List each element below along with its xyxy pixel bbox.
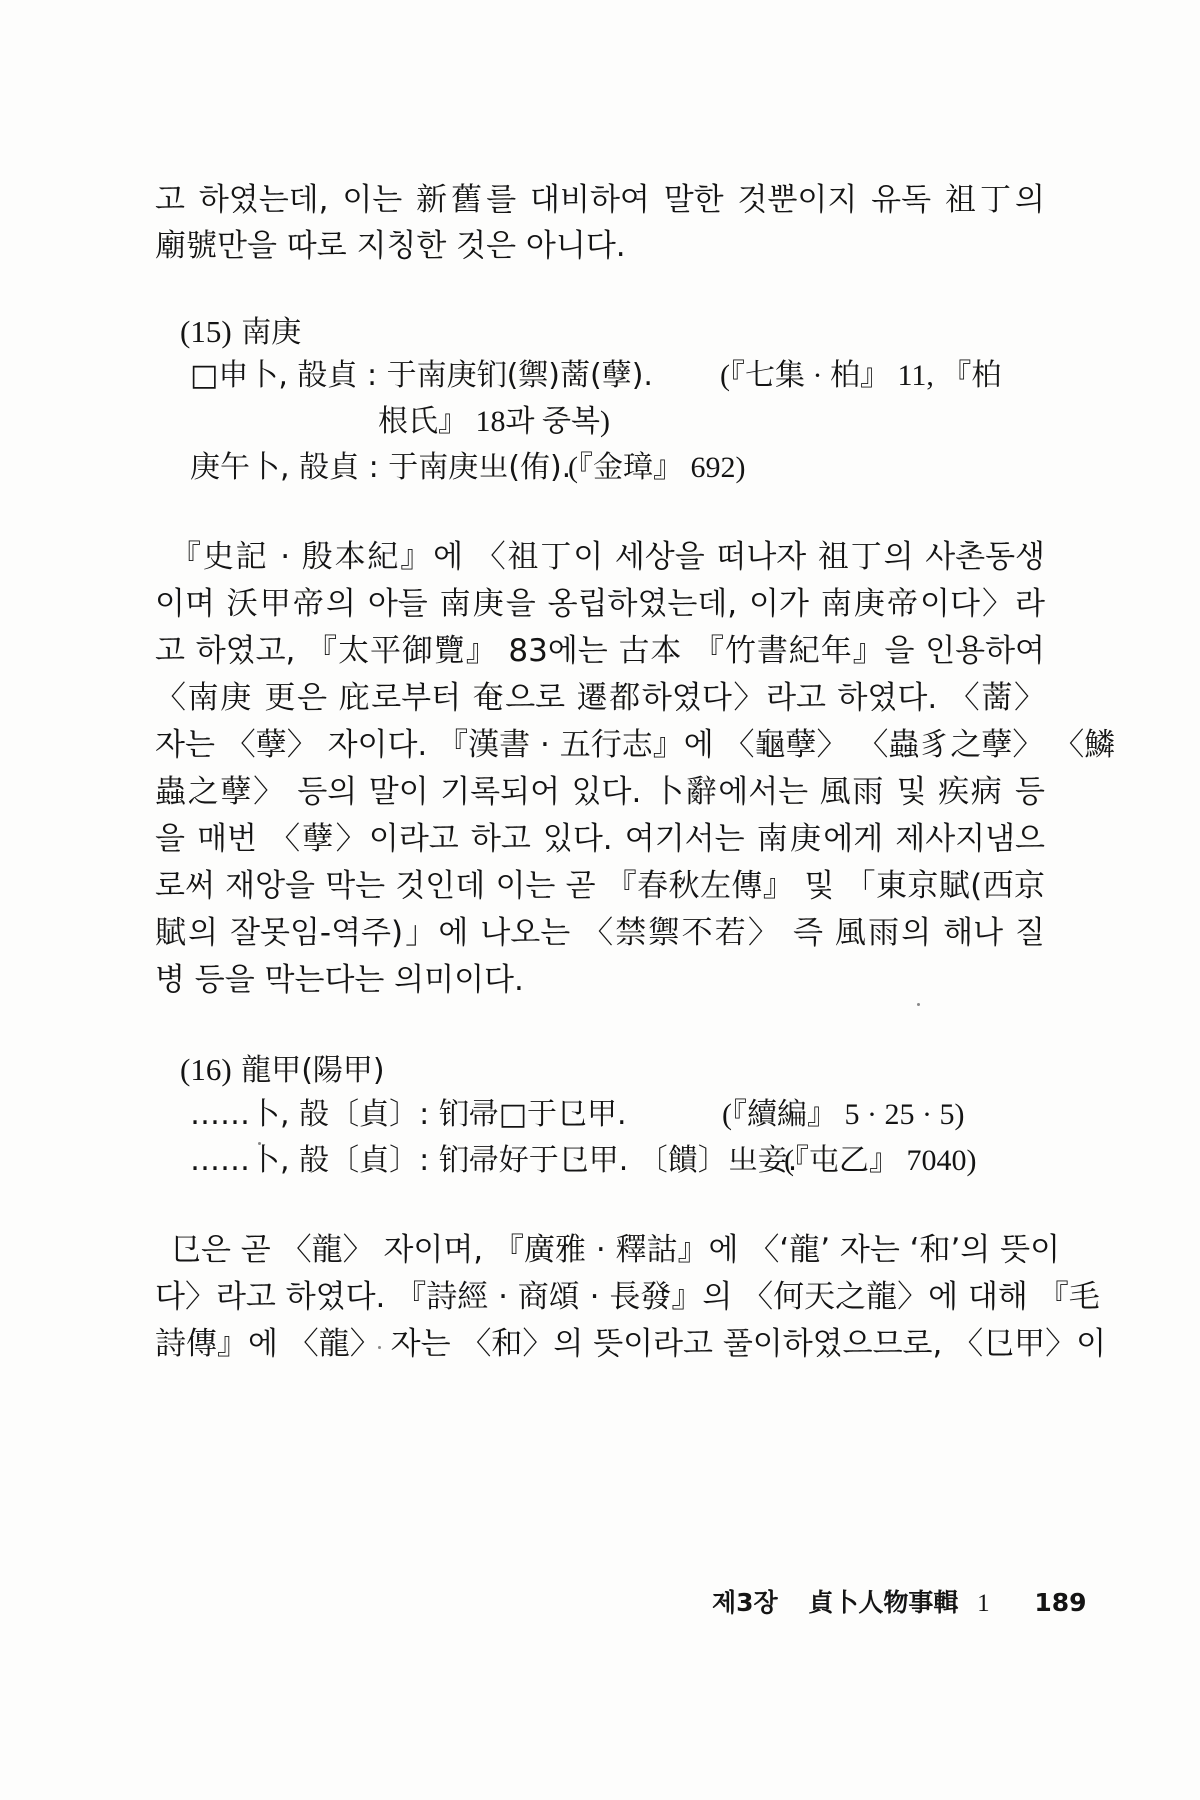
page-number: 189: [1034, 1588, 1086, 1617]
commentary-16-line-2: 다〉라고 하였다. 『詩經 · 商頌 · 長發』의 〈何天之龍〉에 대해 『毛: [155, 1275, 1045, 1319]
inscription-16-2: ……卜, 㱿〔貞〕: 钔帚好于㔾甲. 〔饋〕㞢妾.: [190, 1139, 797, 1183]
running-footer: 제3장 貞卜人物事輯 1 189: [712, 1583, 1087, 1619]
inscription-text: ……卜, 㱿〔貞〕: 钔帚□于㔾甲.: [190, 1097, 627, 1132]
scan-speck: [917, 1003, 920, 1006]
section-16-number: (16): [180, 1052, 232, 1087]
commentary-15-line-4: 〈南庚 更은 庇로부터 奄으로 遷都하였다〉라고 하였다. 〈蔐〉: [155, 676, 1045, 720]
section-16-heading: (16) 龍甲(陽甲): [180, 1048, 385, 1093]
intro-line-1: 고 하였는데, 이는 新舊를 대비하여 말한 것뿐이지 유독 祖丁의: [155, 178, 1045, 222]
commentary-15-line-3: 고 하였고, 『太平御覽』 83에는 古本 『竹書紀年』을 인용하여: [155, 629, 1045, 673]
commentary-15-line-8: 로써 재앙을 막는 것인데 이는 곧 『春秋左傳』 및 「東京賦(西京: [155, 864, 1045, 908]
inscription-16-1-citation: (『續編』 5 · 25 · 5): [722, 1093, 964, 1137]
footer-chapter-title: 貞卜人物事輯: [808, 1583, 958, 1619]
inscription-15-1: □申卜, 㱿貞 : 于南庚钔(禦)蔐(孽).: [190, 354, 653, 398]
book-page: 고 하였는데, 이는 新舊를 대비하여 말한 것뿐이지 유독 祖丁의 廟號만을 …: [0, 0, 1200, 1800]
commentary-15-line-1: 『史記 · 殷本紀』에 〈祖丁이 세상을 떠나자 祖丁의 사촌동생: [170, 535, 1045, 579]
commentary-15-line-9: 賦의 잘못임-역주)」에 나오는 〈禁禦不若〉 즉 風雨의 해나 질: [155, 911, 1045, 955]
section-15-number: (15): [180, 314, 232, 349]
inscription-16-2-citation: (『屯乙』 7040): [784, 1139, 976, 1183]
footer-volume: 1: [977, 1590, 990, 1618]
inscription-text: ……卜, 㱿〔貞〕: 钔帚好于㔾甲. 〔饋〕㞢妾.: [190, 1143, 797, 1178]
commentary-15-line-6: 蟲之孽〉 등의 말이 기록되어 있다. 卜辭에서는 風雨 및 疾病 등: [155, 770, 1045, 814]
scan-speck: [258, 1142, 261, 1145]
commentary-15-line-7: 을 매번 〈孽〉이라고 하고 있다. 여기서는 南庚에게 제사지냄으: [155, 817, 1045, 861]
footer-chapter: 제3장: [712, 1583, 778, 1619]
inscription-15-2: 庚午卜, 㱿貞 : 于南庚㞢(侑).: [190, 446, 571, 490]
commentary-16-line-1: 㔾은 곧 〈龍〉 자이며, 『廣雅 · 釋詁』에 〈‘龍’ 자는 ‘和’의 뜻이: [170, 1228, 1045, 1272]
inscription-15-1-citation: (『七集 · 柏』 11, 『柏: [720, 354, 1001, 398]
section-15-title: 南庚: [241, 315, 301, 350]
commentary-15-line-2: 이며 沃甲帝의 아들 南庚을 옹립하였는데, 이가 南庚帝이다〉라: [155, 582, 1045, 626]
intro-line-2: 廟號만을 따로 지칭한 것은 아니다.: [155, 224, 1045, 268]
scan-speck: [378, 1346, 381, 1349]
inscription-text: □申卜, 㱿貞 : 于南庚钔(禦)蔐(孽).: [190, 358, 653, 393]
commentary-16-line-3: 詩傳』에 〈龍〉 자는 〈和〉의 뜻이라고 풀이하였으므로, 〈㔾甲〉이: [155, 1322, 1045, 1366]
section-16-title: 龍甲(陽甲): [241, 1053, 384, 1088]
inscription-15-1-citation-cont: 根氏』 18과 중복): [378, 400, 610, 444]
commentary-15-line-10: 병 등을 막는다는 의미이다.: [155, 958, 1045, 1002]
commentary-15-line-5: 자는 〈孽〉 자이다. 『漢書 · 五行志』에 〈龜孽〉 〈蟲豸之孽〉 〈鱗: [155, 723, 1045, 767]
section-15-heading: (15) 南庚: [180, 310, 301, 355]
inscription-text: 庚午卜, 㱿貞 : 于南庚㞢(侑).: [190, 450, 571, 485]
inscription-15-2-citation: (『金璋』 692): [568, 446, 745, 490]
inscription-16-1: ……卜, 㱿〔貞〕: 钔帚□于㔾甲.: [190, 1093, 627, 1137]
